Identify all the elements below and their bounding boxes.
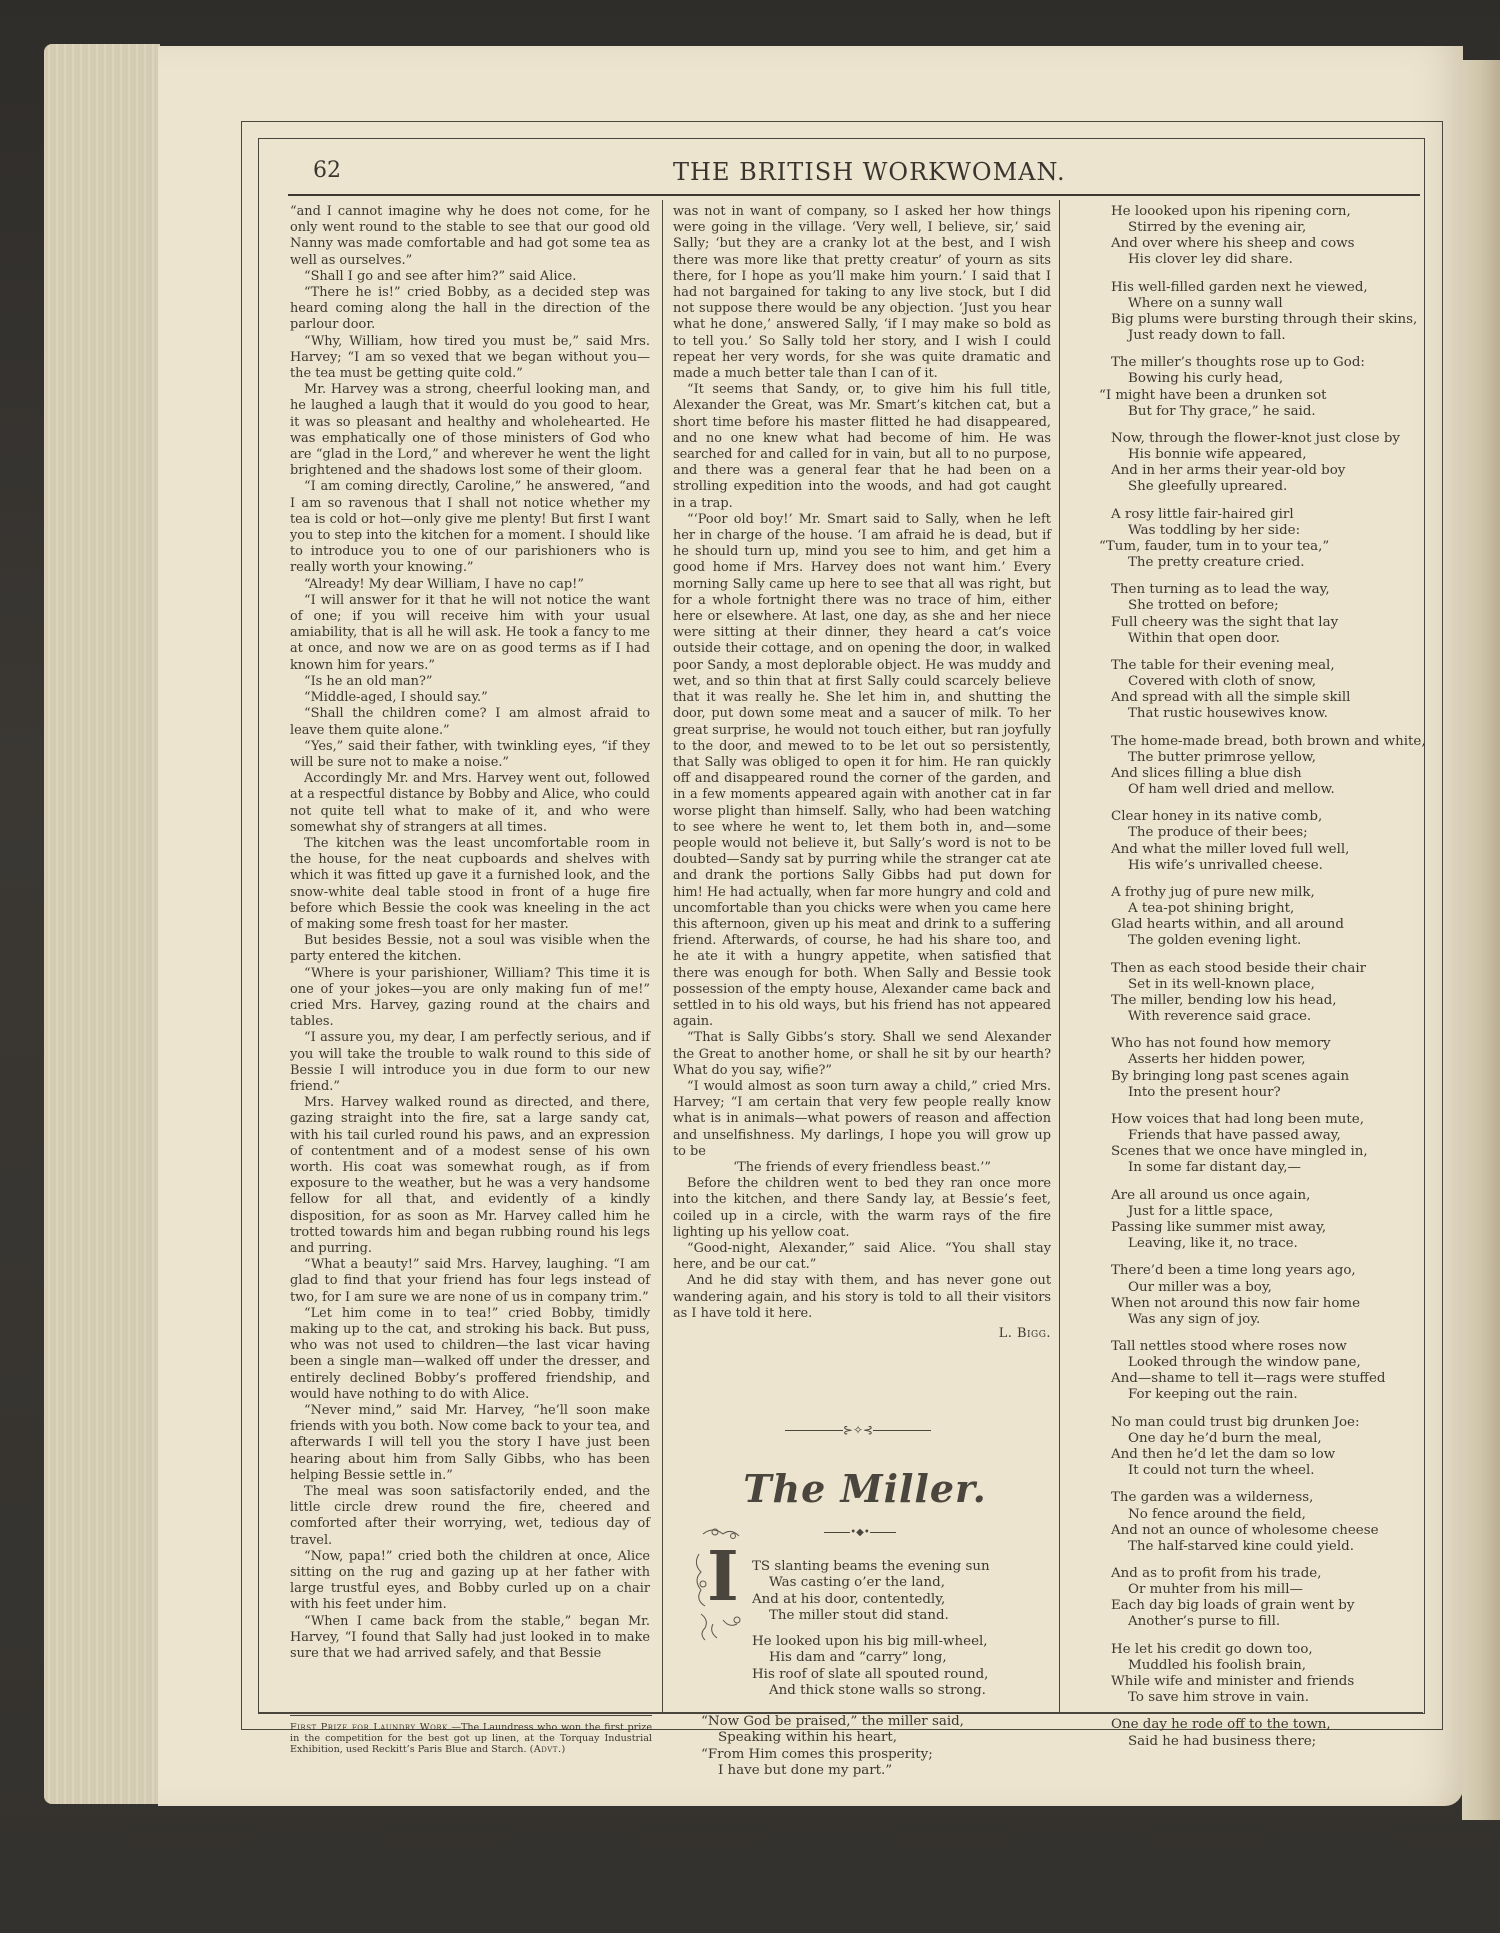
poem-line: The produce of their bees; [1111,825,1461,841]
poem-stanza-3: “Now God be praised,” the miller said, S… [701,1714,964,1789]
poem-line: No man could trust big drunken Joe: [1111,1415,1461,1431]
poem-stanza: No man could trust big drunken Joe:One d… [1111,1415,1461,1479]
section-divider-ornament: ⊱✧⊰ [778,1423,938,1437]
poem-line: TS slanting beams the evening sun [752,1559,990,1575]
poem-line: Clear honey in its native comb, [1111,809,1461,825]
story-paragraph: “Already! My dear William, I have no cap… [290,577,650,593]
advertisement-lead: First Prize for Laundry Work. [290,1722,451,1733]
story-paragraph: “Shall the children come? I am almost af… [290,706,650,738]
poem-line: “Tum, fauder, tum in to your tea,” [1099,539,1461,555]
poem-line: And what the miller loved full well, [1111,842,1461,858]
poem-line: When not around this now fair home [1111,1296,1461,1312]
advertisement-rule [290,1715,652,1716]
poem-stanza: The garden was a wilderness,No fence aro… [1111,1490,1461,1554]
poem-stanza: How voices that had long been mute,Frien… [1111,1112,1461,1176]
poem-line: The pretty creature cried. [1111,555,1461,571]
poem-line: “I might have been a drunken sot [1099,388,1461,404]
story-paragraph: “Is he an old man?” [290,674,650,690]
story-paragraph: “That is Sally Gibbs’s story. Shall we s… [673,1030,1051,1079]
poem-line: And as to profit from his trade, [1111,1566,1461,1582]
poem-line: His bonnie wife appeared, [1111,447,1461,463]
poem-stanza: TS slanting beams the evening sun Was ca… [752,1559,990,1624]
poem-stanza: Are all around us once again,Just for a … [1111,1188,1461,1252]
poem-line: Was toddling by her side: [1111,523,1461,539]
story-column-1: “and I cannot imagine why he does not co… [290,204,650,1662]
poem-line: And thick stone walls so strong. [752,1683,990,1699]
poem-line: Then turning as to lead the way, [1111,582,1461,598]
poem-opening: TS slanting beams the evening sun Was ca… [752,1559,990,1709]
story-paragraph: was not in want of company, so I asked h… [673,204,1051,382]
story-paragraph: “Never mind,” said Mr. Harvey, “he’ll so… [290,1403,650,1484]
poem-line: In some far distant day,— [1111,1160,1461,1176]
poem-line: But for Thy grace,” he said. [1111,404,1461,420]
poem-line: A tea-pot shining bright, [1111,901,1461,917]
poem-line: With reverence said grace. [1111,1009,1461,1025]
story-paragraph: “I assure you, my dear, I am perfectly s… [290,1030,650,1095]
dropcap-letter: I [707,1542,739,1612]
story-paragraph: “There he is!” cried Bobby, as a decided… [290,285,650,334]
poem-stanza: One day he rode off to the town,Said he … [1111,1717,1461,1749]
stacked-page-edges [44,44,160,1804]
poem-line: And in her arms their year-old boy [1111,463,1461,479]
poem-line: And at his door, contentedly, [752,1592,990,1608]
story-paragraph: Accordingly Mr. and Mrs. Harvey went out… [290,771,650,836]
poem-line: And—shame to tell it—rags were stuffed [1111,1371,1461,1387]
poem-line: The garden was a wilderness, [1111,1490,1461,1506]
poem-line: Within that open door. [1111,631,1461,647]
column-divider-1 [662,200,663,1712]
poem-line: The half-starved kine could yield. [1111,1539,1461,1555]
diamond-ornament-icon: •◆• [850,1527,870,1538]
story-paragraph: Mrs. Harvey walked round as directed, an… [290,1095,650,1257]
poem-line: Our miller was a boy, [1111,1280,1461,1296]
poem-line: Set in its well-known place, [1111,977,1461,993]
advertisement-tag: (Advt.) [530,1744,566,1755]
poem-line: And spread with all the simple skill [1111,690,1461,706]
story-paragraph: “Good-night, Alexander,” said Alice. “Yo… [673,1241,1051,1273]
poem-line: Each day big loads of grain went by [1111,1598,1461,1614]
poem-stanza: The home-made bread, both brown and whit… [1111,734,1461,798]
poem-line: Speaking within his heart, [701,1730,964,1746]
poem-stanza: Tall nettles stood where roses nowLooked… [1111,1339,1461,1403]
poem-line: Or muhter from his mill— [1111,1582,1461,1598]
poem-line: And over where his sheep and cows [1111,236,1461,252]
poem-line: “Now God be praised,” the miller said, [701,1714,964,1730]
poem-line: She trotted on before; [1111,598,1461,614]
poem-stanza: Who has not found how memoryAsserts her … [1111,1036,1461,1100]
poem-line: That rustic housewives know. [1111,706,1461,722]
poem-line: And then he’d let the dam so low [1111,1447,1461,1463]
poem-line: His well-filled garden next he viewed, [1111,280,1461,296]
story-paragraph: “When I came back from the stable,” bega… [290,1614,650,1663]
poem-line: He loooked upon his ripening corn, [1111,204,1461,220]
poem-line: Full cheery was the sight that lay [1111,615,1461,631]
poem-line: She gleefully upreared. [1111,479,1461,495]
poem-line: Now, through the flower-knot just close … [1111,431,1461,447]
poem-line: The miller’s thoughts rose up to God: [1111,355,1461,371]
story-paragraph: Before the children went to bed they ran… [673,1176,1051,1241]
masthead-title: THE BRITISH WORKWOMAN. [673,158,1066,186]
story-paragraph: “Now, papa!” cried both the children at … [290,1549,650,1614]
story-paragraph: “Why, William, how tired you must be,” s… [290,334,650,383]
poem-stanza: Then as each stood beside their chairSet… [1111,961,1461,1025]
poem-line: Leaving, like it, no trace. [1111,1236,1461,1252]
poem-line: Looked through the window pane, [1111,1355,1461,1371]
story-paragraph: “It seems that Sandy, or, to give him hi… [673,382,1051,512]
poem-stanza: He let his credit go down too,Muddled hi… [1111,1642,1461,1706]
poem-line: There’d been a time long years ago, [1111,1263,1461,1279]
author-signature: L. Bigg. [673,1326,1051,1342]
poem-line: Asserts her hidden power, [1111,1052,1461,1068]
poem-line: Where on a sunny wall [1111,296,1461,312]
poem-line: A rosy little fair-haired girl [1111,507,1461,523]
poem-line: Of ham well dried and mellow. [1111,782,1461,798]
story-paragraph: “Let him come in to tea!” cried Bobby, t… [290,1306,650,1403]
poem-line: One day he’d burn the meal, [1111,1431,1461,1447]
page-number: 62 [313,158,341,183]
story-paragraph: “Where is your parishioner, William? Thi… [290,966,650,1031]
flourish-icon: ⊱✧⊰ [843,1423,873,1437]
story-paragraph: “I would almost as soon turn away a chil… [673,1079,1051,1160]
story-paragraph: “I am coming directly, Caroline,” he ans… [290,479,650,576]
poem-line: Scenes that we once have mingled in, [1111,1144,1461,1160]
poem-line: Just for a little space, [1111,1204,1461,1220]
poem-line: Are all around us once again, [1111,1188,1461,1204]
poem-line: Glad hearts within, and all around [1111,917,1461,933]
poem-line: No fence around the field, [1111,1507,1461,1523]
poem-line: Big plums were bursting through their sk… [1111,312,1461,328]
poem-line: His roof of slate all spouted round, [752,1667,990,1683]
poem-stanza: He loooked upon his ripening corn,Stirre… [1111,204,1461,268]
page-header: 62 THE BRITISH WORKWOMAN. [288,158,1418,190]
poem-line: The miller stout did stand. [752,1608,990,1624]
poem-line: Said he had business there; [1111,1734,1461,1750]
poem-line: Then as each stood beside their chair [1111,961,1461,977]
poem-stanza: Then turning as to lead the way,She trot… [1111,582,1461,646]
poem-line: A frothy jug of pure new milk, [1111,885,1461,901]
poem-line: And slices filling a blue dish [1111,766,1461,782]
poem-line: For keeping out the rain. [1111,1387,1461,1403]
poem-line: Another’s purse to fill. [1111,1614,1461,1630]
poem-stanza: A rosy little fair-haired girlWas toddli… [1111,507,1461,571]
poem-line: While wife and minister and friends [1111,1674,1461,1690]
poem-stanza: Now, through the flower-knot just close … [1111,431,1461,495]
poem-line: He let his credit go down too, [1111,1642,1461,1658]
poem-stanza: A frothy jug of pure new milk,A tea-pot … [1111,885,1461,949]
poem-stanza: “Now God be praised,” the miller said, S… [701,1714,964,1779]
poem-line: The golden evening light. [1111,933,1461,949]
poem-line: Stirred by the evening air, [1111,220,1461,236]
poem-line: Just ready down to fall. [1111,328,1461,344]
poem-line: Into the present hour? [1111,1085,1461,1101]
poem-line: The table for their evening meal, [1111,658,1461,674]
column-divider-2 [1059,200,1060,1712]
advertisement: First Prize for Laundry Work.—The Laundr… [290,1722,652,1755]
poem-line: The butter primrose yellow, [1111,750,1461,766]
poem-stanza: Clear honey in its native comb,The produ… [1111,809,1461,873]
story-paragraph: Mr. Harvey was a strong, cheerful lookin… [290,382,650,479]
poem-line: Who has not found how memory [1111,1036,1461,1052]
poem-line: I have but done my part.” [701,1763,964,1779]
quoted-verse: ‘The friends of every friendless beast.’… [673,1160,1051,1176]
poem-stanza: He looked upon his big mill-wheel, His d… [752,1634,990,1699]
poem-stanza: The table for their evening meal,Covered… [1111,658,1461,722]
illuminated-dropcap: I [693,1524,749,1646]
facing-page-edge [1462,60,1500,1820]
poem-line: Friends that have passed away, [1111,1128,1461,1144]
story-paragraph: “‘Poor old boy!’ Mr. Smart said to Sally… [673,512,1051,1031]
story-paragraph: “Yes,” said their father, with twinkling… [290,739,650,771]
poem-line: One day he rode off to the town, [1111,1717,1461,1733]
story-paragraph: And he did stay with them, and has never… [673,1273,1051,1322]
poem-stanza: His well-filled garden next he viewed,Wh… [1111,280,1461,344]
poem-line: Was any sign of joy. [1111,1312,1461,1328]
poem-stanza: The miller’s thoughts rose up to God:Bow… [1111,355,1461,419]
poem-line: “From Him comes this prosperity; [701,1747,964,1763]
poem-line: Covered with cloth of snow, [1111,674,1461,690]
story-paragraph: The meal was soon satisfactorily ended, … [290,1484,650,1549]
story-paragraph: “What a beauty!” said Mrs. Harvey, laugh… [290,1257,650,1306]
poem-line: It could not turn the wheel. [1111,1463,1461,1479]
poem-line: The miller, bending low his head, [1111,993,1461,1009]
poem-line: And not an ounce of wholesome cheese [1111,1523,1461,1539]
story-paragraph: The kitchen was the least uncomfortable … [290,836,650,933]
poem-line: By bringing long past scenes again [1111,1069,1461,1085]
poem-line: He looked upon his big mill-wheel, [752,1634,990,1650]
poem-line: Bowing his curly head, [1111,371,1461,387]
poem-column-3: He loooked upon his ripening corn,Stirre… [1111,204,1461,1761]
poem-line: Tall nettles stood where roses now [1111,1339,1461,1355]
poem-stanza: There’d been a time long years ago,Our m… [1111,1263,1461,1327]
title-divider-ornament: •◆• [810,1527,910,1538]
poem-line: How voices that had long been mute, [1111,1112,1461,1128]
story-paragraph: “Shall I go and see after him?” said Ali… [290,269,650,285]
page-bottom-rule [258,1712,1423,1713]
poem-line: Passing like summer mist away, [1111,1220,1461,1236]
poem-line: His dam and “carry” long, [752,1650,990,1666]
poem-line: His clover ley did share. [1111,252,1461,268]
story-paragraph: But besides Bessie, not a soul was visib… [290,933,650,965]
story-paragraph: “Middle-aged, I should say.” [290,690,650,706]
poem-title: The Miller. [700,1466,1030,1511]
story-column-2: was not in want of company, so I asked h… [673,204,1051,1342]
poem-line: Was casting o’er the land, [752,1575,990,1591]
story-paragraph: “I will answer for it that he will not n… [290,593,650,674]
poem-line: The home-made bread, both brown and whit… [1111,734,1461,750]
poem-stanza: And as to profit from his trade,Or muhte… [1111,1566,1461,1630]
header-rule [288,194,1420,196]
poem-line: Muddled his foolish brain, [1111,1658,1461,1674]
poem-line: To save him strove in vain. [1111,1690,1461,1706]
story-paragraph: “and I cannot imagine why he does not co… [290,204,650,269]
poem-line: His wife’s unrivalled cheese. [1111,858,1461,874]
